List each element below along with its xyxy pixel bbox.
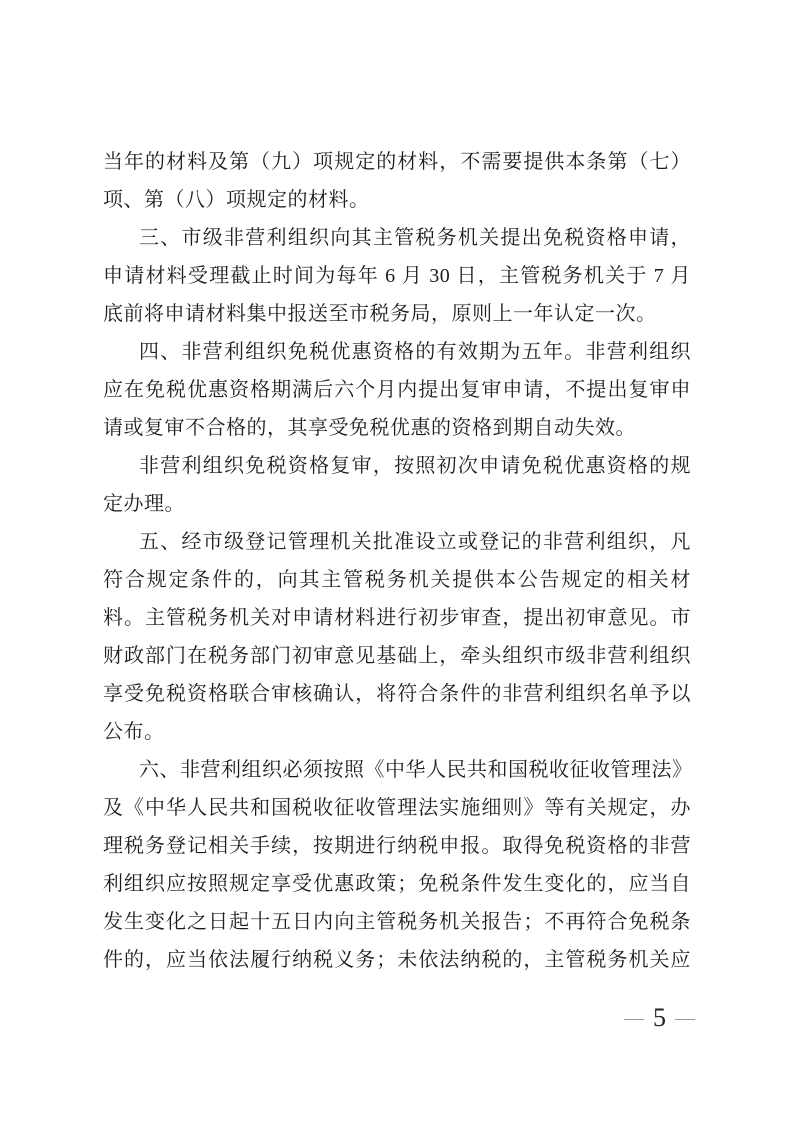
text-line: 当年的材料及第（九）项规定的材料，不需要提供本条第（七）: [103, 143, 691, 181]
text-line: 公布。: [103, 713, 691, 751]
page-number-value: 5: [653, 1003, 666, 1033]
text-line: 三、市级非营利组织向其主管税务机关提出免税资格申请，: [103, 219, 691, 257]
text-line: 件的，应当依法履行纳税义务；未依法纳税的，主管税务机关应: [103, 941, 691, 979]
text-line: 五、经市级登记管理机关批准设立或登记的非营利组织，凡: [103, 523, 691, 561]
text-line: 财政部门在税务部门初审意见基础上，牵头组织市级非营利组织: [103, 637, 691, 675]
text-line: 发生变化之日起十五日内向主管税务机关报告；不再符合免税条: [103, 903, 691, 941]
text-line: 及《中华人民共和国税收征收管理法实施细则》等有关规定，办: [103, 789, 691, 827]
document-body: 当年的材料及第（九）项规定的材料，不需要提供本条第（七） 项、第（八）项规定的材…: [103, 143, 691, 979]
text-line: 享受免税资格联合审核确认，将符合条件的非营利组织名单予以: [103, 675, 691, 713]
text-line: 四、非营利组织免税优惠资格的有效期为五年。非营利组织: [103, 333, 691, 371]
text-line: 项、第（八）项规定的材料。: [103, 181, 691, 219]
text-line: 申请材料受理截止时间为每年 6 月 30 日，主管税务机关于 7 月: [103, 257, 691, 295]
page-number: — 5 —: [624, 1003, 695, 1033]
text-line: 底前将申请材料集中报送至市税务局，原则上一年认定一次。: [103, 295, 691, 333]
text-line: 请或复审不合格的，其享受免税优惠的资格到期自动失效。: [103, 409, 691, 447]
text-line: 非营利组织免税资格复审，按照初次申请免税优惠资格的规: [103, 447, 691, 485]
text-line: 定办理。: [103, 485, 691, 523]
text-line: 料。主管税务机关对申请材料进行初步审查，提出初审意见。市: [103, 599, 691, 637]
text-line: 六、非营利组织必须按照《中华人民共和国税收征收管理法》: [103, 751, 691, 789]
page-number-dash-right: —: [675, 1003, 695, 1033]
text-line: 应在免税优惠资格期满后六个月内提出复审申请，不提出复审申: [103, 371, 691, 409]
text-line: 利组织应按照规定享受优惠政策；免税条件发生变化的，应当自: [103, 865, 691, 903]
text-line: 符合规定条件的，向其主管税务机关提供本公告规定的相关材: [103, 561, 691, 599]
text-line: 理税务登记相关手续，按期进行纳税申报。取得免税资格的非营: [103, 827, 691, 865]
document-page: 当年的材料及第（九）项规定的材料，不需要提供本条第（七） 项、第（八）项规定的材…: [0, 0, 793, 1122]
page-number-dash-left: —: [624, 1003, 644, 1033]
